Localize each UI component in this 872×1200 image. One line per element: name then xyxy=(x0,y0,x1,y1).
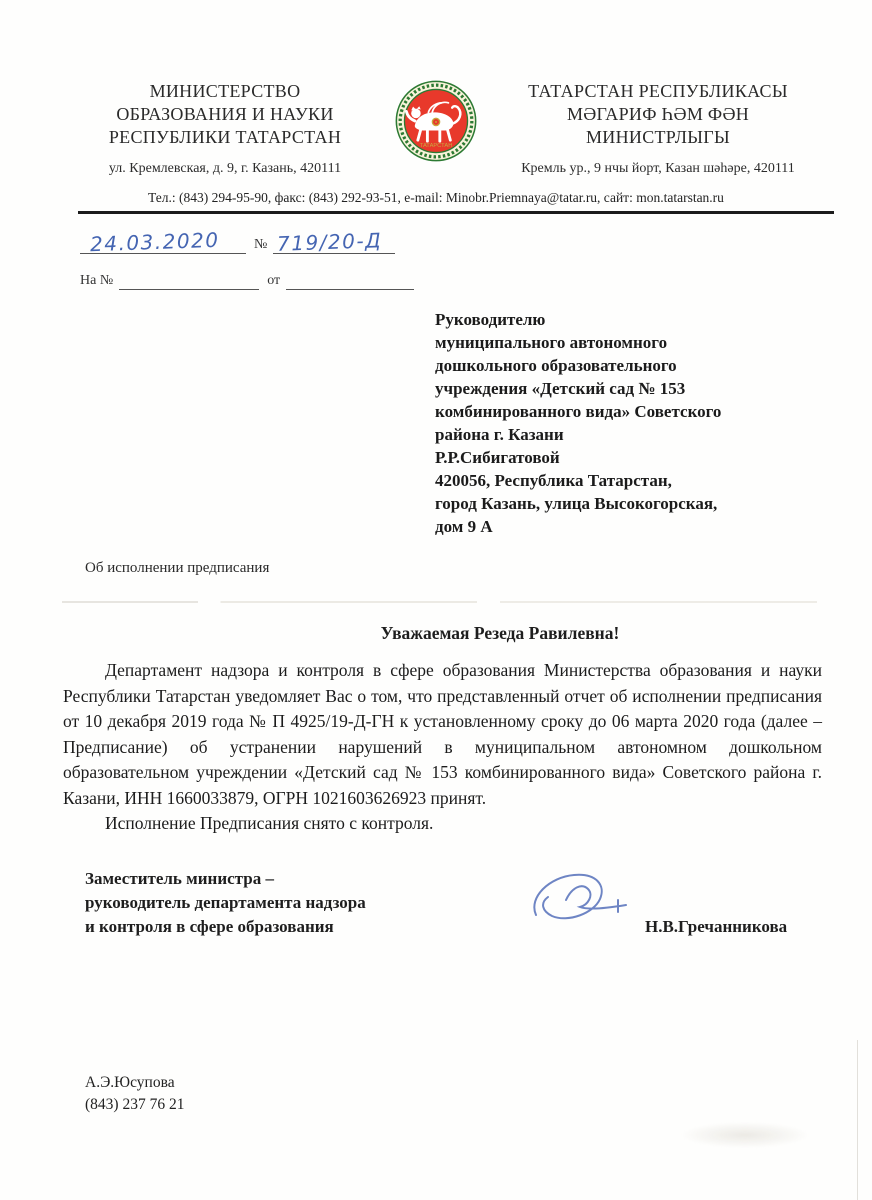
date-field: 24.03.2020 xyxy=(80,228,246,254)
recipient-line: комбинированного вида» Советского xyxy=(435,400,832,423)
signer-position-line: и контроля в сфере образования xyxy=(85,915,366,939)
emblem-caption: ТАТАРСТАН xyxy=(420,143,453,149)
reference-block: 24.03.2020 № 719/20-Д На № от xyxy=(80,222,872,290)
header-divider xyxy=(78,211,834,214)
signature-block: Заместитель министра – руководитель депа… xyxy=(0,867,872,987)
reply-date-field xyxy=(286,264,414,290)
recipient-line: дом 9 А xyxy=(435,515,832,538)
salutation: Уважаемая Резеда Равилевна! xyxy=(0,623,872,644)
contact-line: Тел.: (843) 294-95-90, факс: (843) 292-9… xyxy=(0,190,872,206)
recipient-block: Руководителю муниципального автономного … xyxy=(435,308,832,538)
signer-position-line: Заместитель министра – xyxy=(85,867,366,891)
outgoing-reference-row: 24.03.2020 № 719/20-Д xyxy=(80,222,872,254)
executor-phone: (843) 237 76 21 xyxy=(85,1094,184,1116)
reply-from-label: от xyxy=(259,273,286,290)
ministry-address-russian: ул. Кремлевская, д. 9, г. Казань, 420111 xyxy=(60,161,390,177)
recipient-line: Р.Р.Сибигатовой xyxy=(435,446,832,469)
recipient-line: Руководителю xyxy=(435,308,832,331)
executor-name: А.Э.Юсупова xyxy=(85,1072,184,1094)
recipient-line: город Казань, улица Высокогорская, xyxy=(435,492,832,515)
reply-number-field xyxy=(119,264,259,290)
body-paragraph: Исполнение Предписания снято с контроля. xyxy=(63,811,822,837)
ministry-address-tatar: Кремль ур., 9 нчы йорт, Казан шәһәре, 42… xyxy=(482,161,834,177)
handwritten-date: 24.03.2020 xyxy=(90,228,220,257)
letterhead: МИНИСТЕРСТВО ОБРАЗОВАНИЯ И НАУКИ РЕСПУБЛ… xyxy=(60,80,834,177)
recipient-line: учреждения «Детский сад № 153 xyxy=(435,377,832,400)
ministry-name-line: РЕСПУБЛИКИ ТАТАРСТАН xyxy=(60,126,390,149)
incoming-reference-row: На № от xyxy=(80,262,872,290)
scan-artifact-edge xyxy=(857,1040,858,1200)
executor-block: А.Э.Юсупова (843) 237 76 21 xyxy=(85,1072,184,1116)
ministry-name-line: МИНИСТЕРСТВО xyxy=(60,80,390,103)
recipient-line: дошкольного образовательного xyxy=(435,354,832,377)
ministry-name-tatar: ТАТАРСТАН РЕСПУБЛИКАСЫ МӘГАРИФ ҺӘМ ФӘН М… xyxy=(482,80,834,177)
scan-artifact-blob xyxy=(680,1122,810,1148)
ministry-name-line: ОБРАЗОВАНИЯ И НАУКИ xyxy=(60,103,390,126)
signer-position: Заместитель министра – руководитель депа… xyxy=(85,867,366,939)
scan-artifact-line xyxy=(62,601,817,603)
subject-line: Об исполнении предписания xyxy=(85,560,872,577)
signer-position-line: руководитель департамента надзора xyxy=(85,891,366,915)
ministry-name-russian: МИНИСТЕРСТВО ОБРАЗОВАНИЯ И НАУКИ РЕСПУБЛ… xyxy=(60,80,390,177)
recipient-line: 420056, Республика Татарстан, xyxy=(435,469,832,492)
recipient-line: муниципального автономного xyxy=(435,331,832,354)
handwritten-signature-icon xyxy=(522,869,642,931)
handwritten-number: 719/20-Д xyxy=(277,228,383,256)
body-paragraph: Департамент надзора и контроля в сфере о… xyxy=(63,658,822,811)
ministry-name-line: ТАТАРСТАН РЕСПУБЛИКАСЫ xyxy=(482,80,834,103)
number-field: 719/20-Д xyxy=(273,228,395,254)
number-label: № xyxy=(246,237,273,254)
letter-body: Департамент надзора и контроля в сфере о… xyxy=(63,658,822,837)
recipient-line: района г. Казани xyxy=(435,423,832,446)
tatarstan-emblem-icon: ТАТАРСТАН xyxy=(393,78,479,164)
ministry-name-line: МӘГАРИФ ҺӘМ ФӘН xyxy=(482,103,834,126)
scanned-letter-page: МИНИСТЕРСТВО ОБРАЗОВАНИЯ И НАУКИ РЕСПУБЛ… xyxy=(0,0,872,1200)
tatarstan-coat-of-arms-icon: ТАТАРСТАН xyxy=(390,78,482,164)
signer-name: Н.В.Гречанникова xyxy=(645,917,787,937)
reply-number-label: На № xyxy=(80,273,119,290)
ministry-name-line: МИНИСТРЛЫГЫ xyxy=(482,126,834,149)
